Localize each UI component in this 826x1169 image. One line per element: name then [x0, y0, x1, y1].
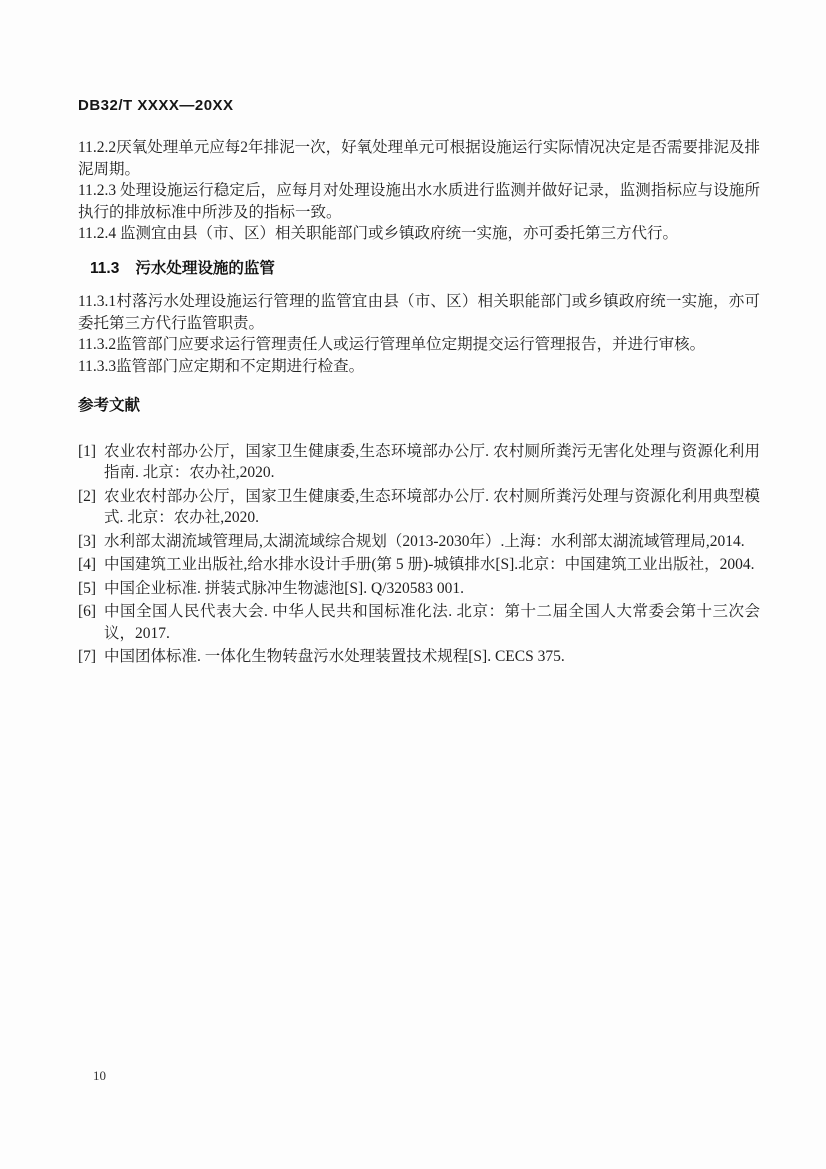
document-content: DB32/T XXXX—20XX 11.2.2厌氧处理单元应每2年排泥一次，好氧…	[78, 97, 760, 670]
section-title: 污水处理设施的监管	[135, 260, 275, 277]
reference-item: [3] 水利部太湖流域管理局,太湖流域综合规划（2013-2030年）.上海：水…	[78, 531, 760, 553]
reference-text: 中国企业标准. 拼装式脉冲生物滤池[S]. Q/320583 001.	[104, 578, 760, 600]
reference-label: [4]	[78, 554, 104, 576]
reference-text: 中国全国人民代表大会. 中华人民共和国标准化法. 北京：第十二届全国人大常委会第…	[104, 601, 760, 644]
reference-item: [5] 中国企业标准. 拼装式脉冲生物滤池[S]. Q/320583 001.	[78, 578, 760, 600]
references-heading: 参考文献	[78, 395, 760, 417]
clause-11-2-2: 11.2.2厌氧处理单元应每2年排泥一次，好氧处理单元可根据设施运行实际情况决定…	[78, 137, 760, 180]
section-number: 11.3	[90, 260, 119, 277]
reference-item: [2] 农业农村部办公厅，国家卫生健康委,生态环境部办公厅. 农村厕所粪污处理与…	[78, 486, 760, 529]
reference-label: [6]	[78, 601, 104, 644]
reference-list: [1] 农业农村部办公厅，国家卫生健康委,生态环境部办公厅. 农村厕所粪污无害化…	[78, 441, 760, 668]
reference-label: [3]	[78, 531, 104, 553]
clause-11-3-2: 11.3.2监管部门应要求运行管理责任人或运行管理单位定期提交运行管理报告，并进…	[78, 334, 760, 356]
reference-text: 水利部太湖流域管理局,太湖流域综合规划（2013-2030年）.上海：水利部太湖…	[104, 531, 760, 553]
standard-code-header: DB32/T XXXX—20XX	[78, 97, 760, 115]
reference-label: [1]	[78, 441, 104, 484]
clause-11-2-3: 11.2.3 处理设施运行稳定后，应每月对处理设施出水水质进行监测并做好记录，监…	[78, 180, 760, 223]
reference-text: 中国建筑工业出版社,给水排水设计手册(第 5 册)-城镇排水[S].北京：中国建…	[104, 554, 760, 576]
section-heading-11-3: 11.3污水处理设施的监管	[90, 258, 760, 280]
page-number: 10	[93, 1068, 106, 1084]
reference-item: [6] 中国全国人民代表大会. 中华人民共和国标准化法. 北京：第十二届全国人大…	[78, 601, 760, 644]
clause-11-3-1: 11.3.1村落污水处理设施运行管理的监管宜由县（市、区）相关职能部门或乡镇政府…	[78, 291, 760, 334]
document-page: DB32/T XXXX—20XX 11.2.2厌氧处理单元应每2年排泥一次，好氧…	[0, 0, 826, 1169]
clause-11-2-4: 11.2.4 监测宜由县（市、区）相关职能部门或乡镇政府统一实施，亦可委托第三方…	[78, 223, 760, 245]
reference-label: [5]	[78, 578, 104, 600]
reference-text: 农业农村部办公厅，国家卫生健康委,生态环境部办公厅. 农村厕所粪污处理与资源化利…	[104, 486, 760, 529]
reference-item: [1] 农业农村部办公厅，国家卫生健康委,生态环境部办公厅. 农村厕所粪污无害化…	[78, 441, 760, 484]
reference-item: [4] 中国建筑工业出版社,给水排水设计手册(第 5 册)-城镇排水[S].北京…	[78, 554, 760, 576]
reference-text: 农业农村部办公厅，国家卫生健康委,生态环境部办公厅. 农村厕所粪污无害化处理与资…	[104, 441, 760, 484]
reference-item: [7] 中国团体标准. 一体化生物转盘污水处理装置技术规程[S]. CECS 3…	[78, 646, 760, 668]
reference-label: [7]	[78, 646, 104, 668]
reference-text: 中国团体标准. 一体化生物转盘污水处理装置技术规程[S]. CECS 375.	[104, 646, 760, 668]
clause-11-3-3: 11.3.3监管部门应定期和不定期进行检查。	[78, 356, 760, 378]
reference-label: [2]	[78, 486, 104, 529]
